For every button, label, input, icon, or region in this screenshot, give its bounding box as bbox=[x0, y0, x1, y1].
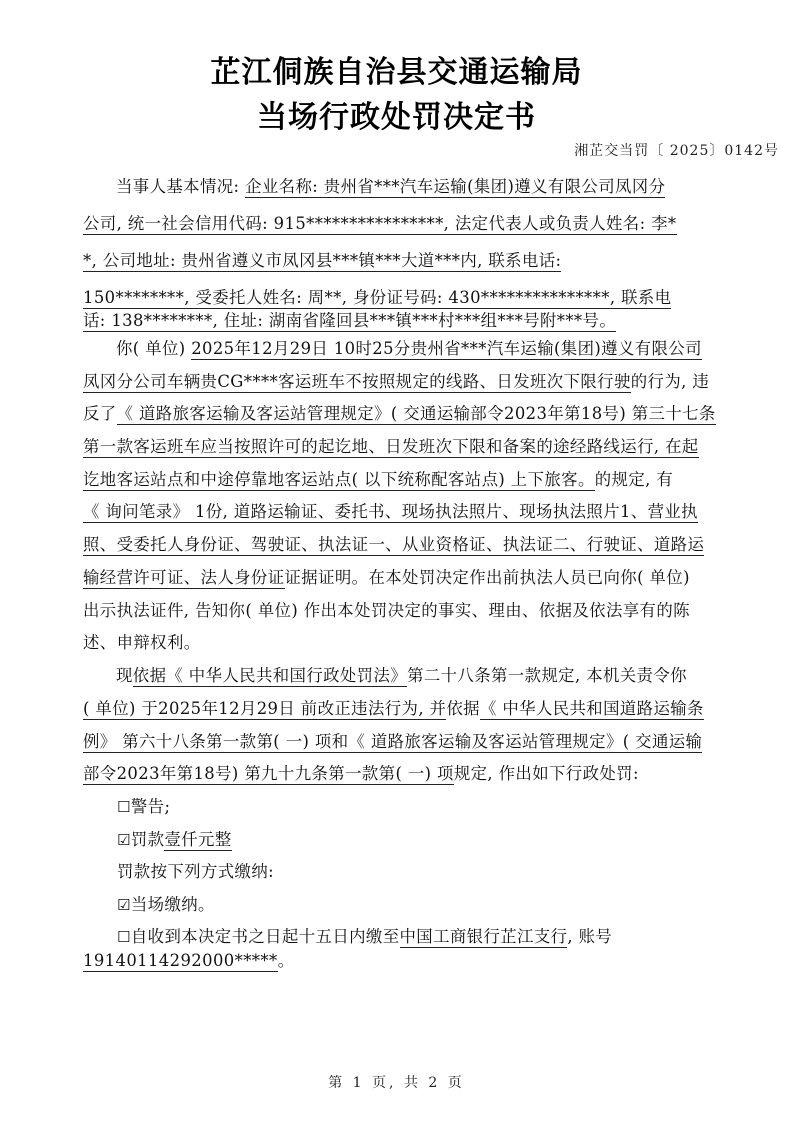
payment-account: 19140114292000*****。 bbox=[83, 946, 743, 976]
legal-basis-cont: 例》 第六十八条第一款第( 一) 项和《 道路旅客运输及客运站管理规定》( 交通… bbox=[83, 732, 702, 753]
decision-text: 现 bbox=[83, 666, 133, 685]
facts-line-3: 反了《 道路旅客运输及客运站管理规定》( 交通运输部令2023年第18号) 第三… bbox=[83, 399, 743, 429]
regulation-text-cont: 讫地客运站点和中途停靠地客运站点( 以下统称配客站点) 上下旅客。 bbox=[83, 470, 595, 491]
bank-text: 。 bbox=[278, 951, 295, 970]
decision-line-4: 部令2023年第18号) 第九十九条第一款第( 一) 项规定, 作出如下行政处罚… bbox=[83, 759, 743, 789]
legal-basis-end: 部令2023年第18号) 第九十九条第一款第( 一) 项 bbox=[83, 764, 454, 785]
legal-basis-1: 依据《 中华人民共和国行政处罚法》 bbox=[133, 666, 407, 687]
decision-text: 依据 bbox=[446, 699, 480, 718]
party-info-line-1: 当事人基本情况: 企业名称: 贵州省***汽车运输(集团)遵义有限公司凤冈分 bbox=[83, 172, 743, 202]
bank-checkbox-icon: ☐ bbox=[117, 928, 131, 946]
party-info-line-3: *, 公司地址: 贵州省遵义市凤冈县***镇***大道***内, 联系电话: bbox=[83, 246, 743, 276]
agent-address: 话: 138********, 住址: 湖南省隆回县***镇***村***组**… bbox=[83, 311, 616, 332]
facts-text: 出示执法证件, 告知你( 单位) 作出本处罚决定的事实、理由、依据及依法享有的陈 bbox=[83, 601, 690, 620]
onsite-checkbox-icon: ☑ bbox=[117, 896, 131, 914]
party-info-label: 当事人基本情况: bbox=[83, 177, 245, 196]
facts-line-9: 出示执法证件, 告知你( 单位) 作出本处罚决定的事实、理由、依据及依法享有的陈 bbox=[83, 596, 743, 626]
violated-regulation: 《 道路旅客运输及客运站管理规定》( 交通运输部令2023年第18号) 第三十七… bbox=[117, 404, 716, 425]
facts-text: 的规定, 有 bbox=[595, 470, 673, 489]
company-name: 企业名称: 贵州省***汽车运输(集团)遵义有限公司凤冈分 bbox=[245, 177, 665, 198]
facts-line-2: 凤冈分公司车辆贵CG****客运班车不按照规定的线路、日发班次下限行驶的行为, … bbox=[83, 367, 743, 397]
fine-checkbox-icon: ☑ bbox=[117, 831, 131, 849]
fine-label: 罚款 bbox=[131, 830, 165, 849]
onsite-label: 当场缴纳。 bbox=[131, 895, 215, 914]
penalty-fine: ☑罚款壹仟元整 bbox=[117, 825, 777, 855]
facts-line-6: 《 询问笔录》 1份, 道路运输证、委托书、现场执法照片、现场执法照片1、营业执 bbox=[83, 497, 743, 527]
facts-text: 述、申辩权利。 bbox=[83, 633, 201, 652]
company-address: *, 公司地址: 贵州省遵义市凤冈县***镇***大道***内, 联系电话: bbox=[83, 251, 561, 272]
facts-line-8: 输经营许可证、法人身份证证据证明。在本处罚决定作出前执法人员已向你( 单位) bbox=[83, 563, 743, 593]
bank-text: 自收到本决定书之日起十五日内缴至 bbox=[131, 927, 400, 946]
facts-text: 的行为, 违 bbox=[631, 372, 709, 391]
facts-line-7: 照、受委托人身份证、驾驶证、执法证一、从业资格证、执法证二、行驶证、道路运 bbox=[83, 530, 743, 560]
evidence-list-end: 输经营许可证、法人身份证 bbox=[83, 568, 285, 589]
facts-line-5: 讫地客运站点和中途停靠地客运站点( 以下统称配客站点) 上下旅客。的规定, 有 bbox=[83, 465, 743, 495]
payment-onsite: ☑当场缴纳。 bbox=[117, 890, 777, 920]
facts-prefix: 你( 单位) bbox=[83, 339, 191, 358]
document-number: 湘芷交当罚〔 2025〕0142号 bbox=[574, 140, 779, 160]
decision-line-2: ( 单位) 于2025年12月29日 前改正违法行为, 并依据《 中华人民共和国… bbox=[83, 694, 743, 724]
decision-text: 第二十八条第一款规定, 本机关责令你 bbox=[407, 666, 687, 685]
decision-line-3: 例》 第六十八条第一款第( 一) 项和《 道路旅客运输及客运站管理规定》( 交通… bbox=[83, 727, 743, 757]
decision-text: 规定, 作出如下行政处罚: bbox=[454, 764, 639, 783]
correction-deadline: ( 单位) 于2025年12月29日 前改正违法行为, 并 bbox=[83, 699, 446, 720]
bank-name: 中国工商银行芷江支行 bbox=[400, 927, 568, 948]
decision-line-1: 现依据《 中华人民共和国行政处罚法》第二十八条第一款规定, 本机关责令你 bbox=[83, 661, 743, 691]
bank-account: 19140114292000***** bbox=[83, 951, 278, 972]
facts-line-10: 述、申辩权利。 bbox=[83, 628, 743, 658]
violation-time: 2025年12月29日 10时25分贵州省***汽车运输(集团)遵义有限公司 bbox=[191, 339, 702, 360]
legal-basis-2: 《 中华人民共和国道路运输条 bbox=[480, 699, 704, 720]
penalty-warning: ☐警告; bbox=[117, 792, 777, 822]
evidence-list-cont: 照、受委托人身份证、驾驶证、执法证一、从业资格证、执法证二、行驶证、道路运 bbox=[83, 535, 704, 556]
warning-checkbox-icon: ☐ bbox=[117, 798, 131, 816]
evidence-list: 《 询问笔录》 1份, 道路运输证、委托书、现场执法照片、现场执法照片1、营业执 bbox=[83, 502, 698, 523]
fine-amount: 壹仟元整 bbox=[164, 830, 231, 851]
bank-text: , 账号 bbox=[567, 927, 612, 946]
agency-title: 芷江侗族自治县交通运输局 bbox=[0, 47, 793, 91]
party-info-line-2: 公司, 统一社会信用代码: 915****************, 法定代表人… bbox=[83, 209, 743, 239]
document-title: 当场行政处罚决定书 bbox=[0, 92, 793, 136]
facts-text: 反了 bbox=[83, 404, 117, 423]
warning-label: 警告; bbox=[131, 797, 171, 816]
page-number: 第 1 页, 共 2 页 bbox=[0, 1072, 793, 1092]
facts-text: 证据证明。在本处罚决定作出前执法人员已向你( 单位) bbox=[285, 568, 690, 587]
payment-method-label: 罚款按下列方式缴纳: bbox=[117, 857, 777, 887]
party-info-line-5: 话: 138********, 住址: 湖南省隆回县***镇***村***组**… bbox=[83, 306, 743, 336]
facts-line-1: 你( 单位) 2025年12月29日 10时25分贵州省***汽车运输(集团)遵… bbox=[83, 334, 743, 364]
credit-code-and-legal-rep: 公司, 统一社会信用代码: 915****************, 法定代表人… bbox=[83, 214, 677, 235]
regulation-text: 第一款客运班车应当按照许可的起讫地、日发班次下限和备案的途经路线运行, 在起 bbox=[83, 437, 699, 458]
facts-line-4: 第一款客运班车应当按照许可的起讫地、日发班次下限和备案的途经路线运行, 在起 bbox=[83, 432, 743, 462]
payment-label: 罚款按下列方式缴纳: bbox=[117, 862, 274, 881]
violation-description: 凤冈分公司车辆贵CG****客运班车不按照规定的线路、日发班次下限行驶 bbox=[83, 372, 631, 393]
